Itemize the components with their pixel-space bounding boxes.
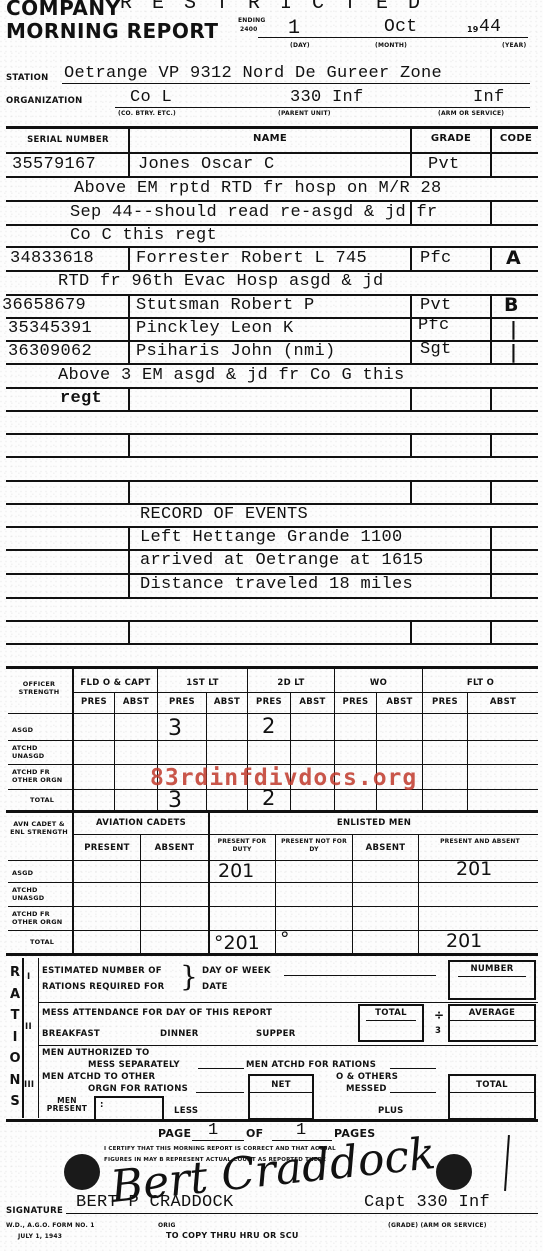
col-sep — [128, 433, 130, 456]
divide-sign: ÷ — [434, 1008, 444, 1022]
row-rule — [6, 456, 538, 458]
mess-attendance-label: MESS ATTENDANCE FOR DAY OF THIS REPORT — [42, 1008, 272, 1018]
status-code: B — [504, 294, 518, 316]
row-label-total: TOTAL — [30, 938, 54, 946]
col-sep — [490, 620, 492, 643]
col-sep — [128, 246, 130, 270]
messed-label: MESSED — [346, 1084, 387, 1094]
col-sep — [490, 200, 492, 224]
rations-letter: S — [8, 1091, 22, 1113]
row-rule — [6, 200, 538, 202]
sub-col-abst: ABST — [207, 697, 247, 707]
soldier-grade: Pfc — [418, 316, 450, 335]
col-sep — [490, 294, 492, 363]
org-parent-unit: 330 Inf — [290, 88, 364, 107]
subheader-rule — [74, 692, 538, 693]
enlisted-men-heading: ENLISTED MEN — [210, 818, 538, 828]
soldier-grade: Sgt — [420, 340, 452, 359]
rations-letter: N — [8, 1070, 22, 1092]
net-label: NET — [250, 1080, 312, 1090]
asgd-present-and-absent: 201 — [456, 858, 492, 880]
month-caption: (MONTH) — [375, 42, 407, 49]
col-present-for-duty: PRESENT FOR DUTY — [212, 838, 272, 854]
copy-routing: TO COPY THRU HRU OR SCU — [166, 1231, 299, 1240]
row-label-atchd-other: ATCHD FR OTHER ORGN — [12, 768, 72, 784]
rations-letter: I — [8, 1027, 22, 1049]
serial-number: 35345391 — [8, 319, 92, 338]
total-present-not-for-dy: ° — [280, 928, 290, 950]
serial-number: 36658679 — [2, 296, 86, 315]
rations-rule — [38, 1045, 538, 1046]
soldier-grade: Pvt — [420, 296, 452, 315]
rations-bottom-rule — [6, 1119, 538, 1122]
col-header-grade: GRADE — [412, 133, 490, 144]
estimated-rations-label-1: ESTIMATED NUMBER OF — [42, 966, 162, 976]
asgd-2d-lt-pres: 2 — [262, 714, 275, 738]
col-present-not-for-dy: PRESENT NOT FOR DY — [278, 838, 350, 854]
sub-col-abst: ABST — [291, 697, 334, 707]
sub-col-abst: ABST — [377, 697, 422, 707]
report-month: Oct — [384, 17, 417, 37]
signature-label: SIGNATURE — [6, 1206, 63, 1216]
status-code: | — [510, 341, 517, 363]
men-atchd-for-rations-field[interactable] — [390, 1068, 436, 1069]
binder-hole-left-icon — [64, 1154, 100, 1190]
row-label-asgd: ASGD — [12, 869, 33, 877]
rations-rule — [38, 1002, 538, 1003]
binder-hole-right-icon — [436, 1154, 472, 1190]
messed-field[interactable] — [390, 1092, 436, 1093]
col-sep — [128, 128, 130, 152]
row-rule — [6, 620, 538, 622]
col-header-name: NAME — [130, 133, 410, 144]
col-sep — [275, 835, 276, 954]
rations-section-rule — [38, 958, 39, 1118]
enl-strength-label: AVN CADET & ENL STRENGTH — [8, 820, 70, 836]
col-sep — [114, 693, 115, 810]
serial-number: 36309062 — [8, 342, 92, 361]
row-label-atchd-other: ATCHD FR OTHER ORGN — [12, 910, 72, 926]
row-rule — [6, 643, 538, 645]
officer-strength-label: OFFICER STRENGTH — [8, 680, 70, 696]
mess-total-label: TOTAL — [360, 1008, 422, 1018]
signature-line — [66, 1213, 538, 1214]
station-label: STATION — [6, 73, 49, 83]
men-atchd-to-other-label: MEN ATCHD TO OTHER — [42, 1072, 155, 1082]
col-sep — [490, 152, 492, 176]
rations-side-rule — [22, 958, 24, 1118]
soldier-name: Jones Oscar C — [138, 155, 275, 174]
col-sep — [418, 835, 419, 954]
col-sep — [410, 387, 412, 410]
col-sep — [490, 433, 492, 456]
form-title-morning-report: MORNING REPORT — [6, 19, 218, 43]
col-sep — [490, 246, 492, 270]
plus-label: PLUS — [378, 1106, 404, 1116]
average-underline — [450, 1020, 534, 1021]
org-arm-caption: (ARM OR SERVICE) — [438, 110, 504, 117]
men-atchd-for-rations-label: MEN ATCHD FOR RATIONS — [246, 1060, 376, 1070]
page-label: PAGE — [158, 1127, 191, 1140]
col-absent: ABSENT — [353, 843, 418, 853]
row-rule — [6, 246, 538, 248]
day-caption: (DAY) — [290, 42, 310, 49]
col-sep — [128, 480, 130, 503]
org-arm-service: Inf — [473, 88, 505, 107]
row-rule — [6, 410, 538, 412]
col-sep — [410, 480, 412, 503]
col-sep — [490, 387, 492, 410]
day-of-week-field[interactable] — [284, 975, 436, 976]
col-sep — [128, 152, 130, 176]
col-sep — [410, 246, 412, 270]
row-label-total: TOTAL — [30, 796, 54, 804]
present-label: PRESENT — [42, 1105, 92, 1113]
event-line: Left Hettange Grande 1100 — [140, 528, 403, 547]
rations-side-label: R A T I O N S — [8, 962, 22, 1113]
serial-number: 34833618 — [10, 249, 94, 268]
page-total: 1 — [296, 1121, 307, 1140]
section-ii-label: II — [25, 1022, 32, 1032]
form-title-company: COMPANY — [6, 0, 121, 20]
status-code: | — [510, 318, 517, 340]
remark-line: Above EM rptd RTD fr hosp on M/R 28 — [74, 179, 442, 198]
watermark: 83rdinfdivdocs.org — [150, 765, 417, 791]
asgd-present-for-duty: 201 — [218, 860, 254, 882]
signer-rank-unit: Capt 330 Inf — [364, 1193, 490, 1212]
mess-separately-label: MESS SEPARATELY — [88, 1060, 180, 1070]
soldier-grade: Pvt — [428, 155, 460, 174]
row-rule — [6, 480, 538, 482]
station-underline — [62, 83, 530, 84]
col-sep — [410, 294, 412, 363]
organization-label: ORGANIZATION — [6, 96, 83, 106]
sub-col-pres: PRES — [248, 697, 290, 707]
col-sep — [410, 128, 412, 152]
remark-line: Sep 44--should read re-asgd & jd fr — [70, 203, 438, 222]
total2-label: TOTAL — [450, 1080, 534, 1090]
sub-col-pres: PRES — [158, 697, 206, 707]
row-rule — [6, 597, 538, 599]
col-sep — [206, 693, 207, 810]
event-line: Distance traveled 18 miles — [140, 575, 413, 594]
row-rule — [6, 363, 538, 365]
col-sep — [290, 693, 291, 810]
col-sep — [490, 526, 492, 597]
col-sep — [128, 294, 130, 363]
group-header: FLT O — [423, 678, 538, 688]
soldier-name: Pinckley Leon K — [136, 319, 294, 338]
row-rule — [8, 740, 538, 741]
soldier-name: Forrester Robert L 745 — [136, 249, 367, 268]
report-year: 44 — [479, 17, 501, 37]
day-of-week-label: DAY OF WEEK — [202, 966, 271, 976]
sub-col-pres: PRES — [335, 697, 376, 707]
orig-label: ORIG — [158, 1222, 176, 1229]
orgn-for-rations-field[interactable] — [196, 1092, 244, 1093]
col-present: PRESENT — [74, 843, 140, 853]
remark-line: regt — [60, 389, 102, 408]
rations-letter: T — [8, 1005, 22, 1027]
men-authorized-label: MEN AUTHORIZED TO — [42, 1048, 150, 1058]
brace-icon: } — [180, 962, 198, 992]
col-sep — [410, 620, 412, 643]
net-underline — [250, 1092, 312, 1093]
group-header: FLD O & CAPT — [74, 678, 157, 688]
average-label: AVERAGE — [450, 1008, 534, 1018]
rations-letter: R — [8, 962, 22, 984]
report-day: 1 — [288, 17, 300, 40]
row-rule — [8, 906, 538, 907]
divide-by: 3 — [435, 1026, 441, 1036]
org-company-caption: (CO. BTRY. ETC.) — [118, 110, 176, 117]
org-company: Co L — [130, 88, 172, 107]
number-label: NUMBER — [450, 964, 534, 974]
date-label: DATE — [202, 982, 228, 992]
pen-mark — [504, 1135, 510, 1191]
sub-col-abst: ABST — [115, 697, 157, 707]
soldier-name: Psiharis John (nmi) — [136, 342, 336, 361]
row-rule — [6, 152, 538, 154]
grade-arm-caption: (GRADE) (ARM OR SERVICE) — [388, 1222, 487, 1229]
soldier-name: Stutsman Robert P — [136, 296, 315, 315]
col-header-serial: SERIAL NUMBER — [8, 135, 128, 145]
col-sep — [467, 693, 468, 810]
sub-col-pres: PRES — [74, 697, 114, 707]
row-label-asgd: ASGD — [12, 726, 33, 734]
serial-number: 35579167 — [12, 155, 96, 174]
aviation-cadets-heading: AVIATION CADETS — [74, 818, 208, 828]
year-prefix: 19 — [467, 25, 479, 34]
page-number: 1 — [208, 1121, 219, 1140]
asgd-1st-lt-pres: 3 — [168, 716, 182, 741]
enl-section-bottom — [6, 953, 538, 956]
form-date: JULY 1, 1943 — [18, 1233, 62, 1240]
col-sep — [410, 433, 412, 456]
section-i-label: I — [27, 972, 30, 982]
number-underline — [458, 976, 526, 977]
page-num-underline — [192, 1140, 244, 1141]
row-label-atchd-unasgd: ATCHD UNASGD — [12, 886, 70, 902]
total-present-for-duty: °201 — [214, 932, 260, 954]
org-parent-caption: (PARENT UNIT) — [278, 110, 331, 117]
sub-col-abst: ABST — [468, 697, 538, 707]
col-header-code: CODE — [492, 133, 540, 144]
total-underline — [366, 1020, 416, 1021]
form-number: W.D., A.G.O. FORM NO. 1 — [6, 1222, 95, 1229]
org-underline — [115, 107, 530, 108]
restricted-stamp: R E S T R I C T E D — [120, 0, 424, 15]
status-code: A — [506, 247, 521, 269]
total-present-and-absent: 201 — [446, 930, 482, 952]
col-sep — [490, 128, 492, 152]
row-rule — [6, 176, 538, 178]
estimated-rations-label-2: RATIONS REQUIRED FOR — [42, 982, 164, 992]
sub-col-pres: PRES — [423, 697, 467, 707]
rations-letter: A — [8, 984, 22, 1006]
orgn-for-rations-label: ORGN FOR RATIONS — [88, 1084, 188, 1094]
men-present-label: MEN PRESENT — [42, 1097, 92, 1113]
col-sep — [128, 526, 130, 597]
ending-label: ENDING — [238, 17, 265, 24]
remark-line: Above 3 EM asgd & jd fr Co G this — [58, 366, 405, 385]
row-rule — [8, 882, 538, 883]
of-label: OF — [246, 1127, 263, 1140]
less-label: LESS — [174, 1106, 198, 1116]
col-sep — [128, 387, 130, 410]
officer-section-bottom — [6, 810, 538, 813]
col-sep — [410, 152, 412, 176]
men-present-box[interactable] — [94, 1096, 164, 1120]
row-rule — [6, 433, 538, 435]
record-of-events-heading: RECORD OF EVENTS — [140, 505, 308, 524]
men-present-colon: : — [100, 1100, 104, 1110]
soldier-grade: Pfc — [420, 249, 452, 268]
col-sep — [490, 480, 492, 503]
total2-underline — [450, 1092, 534, 1093]
row-label-atchd-unasgd: ATCHD UNASGD — [12, 744, 70, 760]
group-header: WO — [335, 678, 422, 688]
rations-letter: O — [8, 1048, 22, 1070]
dinner-label: DINNER — [160, 1029, 199, 1039]
group-header: 1ST LT — [158, 678, 247, 688]
col-sep — [128, 620, 130, 643]
section-iii-label: III — [24, 1080, 34, 1090]
remark-line: Co C this regt — [70, 226, 217, 245]
col-sep — [376, 693, 377, 810]
officer-section-top — [6, 666, 538, 669]
ending-time-label: 2400 — [240, 26, 258, 33]
col-present-and-absent: PRESENT AND ABSENT — [440, 838, 520, 846]
year-caption: (YEAR) — [502, 42, 526, 49]
col-absent: ABSENT — [141, 843, 208, 853]
remark-line: RTD fr 96th Evac Hosp asgd & jd — [58, 272, 384, 291]
breakfast-label: BREAKFAST — [42, 1029, 100, 1039]
group-header: 2D LT — [248, 678, 334, 688]
total-1st-lt-pres: 3 — [168, 788, 182, 813]
station-value: Oetrange VP 9312 Nord De Gureer Zone — [64, 64, 442, 83]
event-line: arrived at Oetrange at 1615 — [140, 551, 424, 570]
signer-name: BERT P CRADDOCK — [76, 1193, 234, 1212]
subheader-rule — [74, 834, 538, 835]
mess-separately-field[interactable] — [198, 1068, 244, 1069]
table-top-rule — [6, 126, 538, 129]
o-others-label: O & OTHERS — [336, 1072, 398, 1082]
supper-label: SUPPER — [256, 1029, 296, 1039]
